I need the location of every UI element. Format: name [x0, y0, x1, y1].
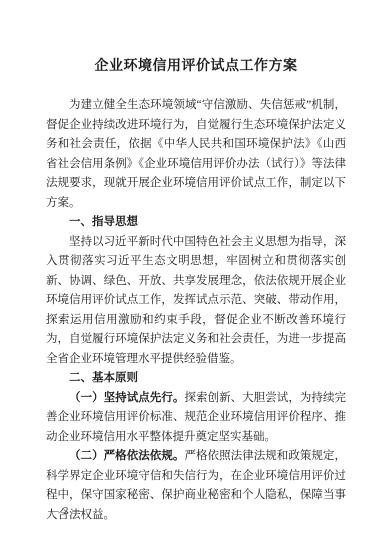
principle-item-2-lead: （二）严格依法依规。: [69, 450, 184, 462]
document-title: 企业环境信用评价试点工作方案: [46, 57, 346, 77]
page-number: — 2 —: [48, 506, 85, 517]
guiding-ideology-paragraph: 坚持以习近平新时代中国特色社会主义思想为指导，深入贯彻落实习近平生态文明思想，牢…: [46, 233, 346, 370]
section-heading-guiding-ideology: 一、指导思想: [46, 213, 346, 233]
intro-paragraph: 为建立健全生态环境领域“守信激励、失信惩戒”机制，督促企业持续改进环境行为，自觉…: [46, 96, 346, 213]
principle-item-1: （一）坚持试点先行。探索创新、大胆尝试，为持续完善企业环境信用评价标准、规范企业…: [46, 389, 346, 448]
principle-item-1-lead: （一）坚持试点先行。: [69, 392, 184, 404]
principle-item-2: （二）严格依法依规。严格依照法律法规和政策规定，科学界定企业环境守信和失信行为，…: [46, 447, 346, 525]
document-page: 企业环境信用评价试点工作方案 为建立健全生态环境领域“守信激励、失信惩戒”机制，…: [46, 57, 346, 525]
section-heading-basic-principles: 二、基本原则: [46, 369, 346, 389]
